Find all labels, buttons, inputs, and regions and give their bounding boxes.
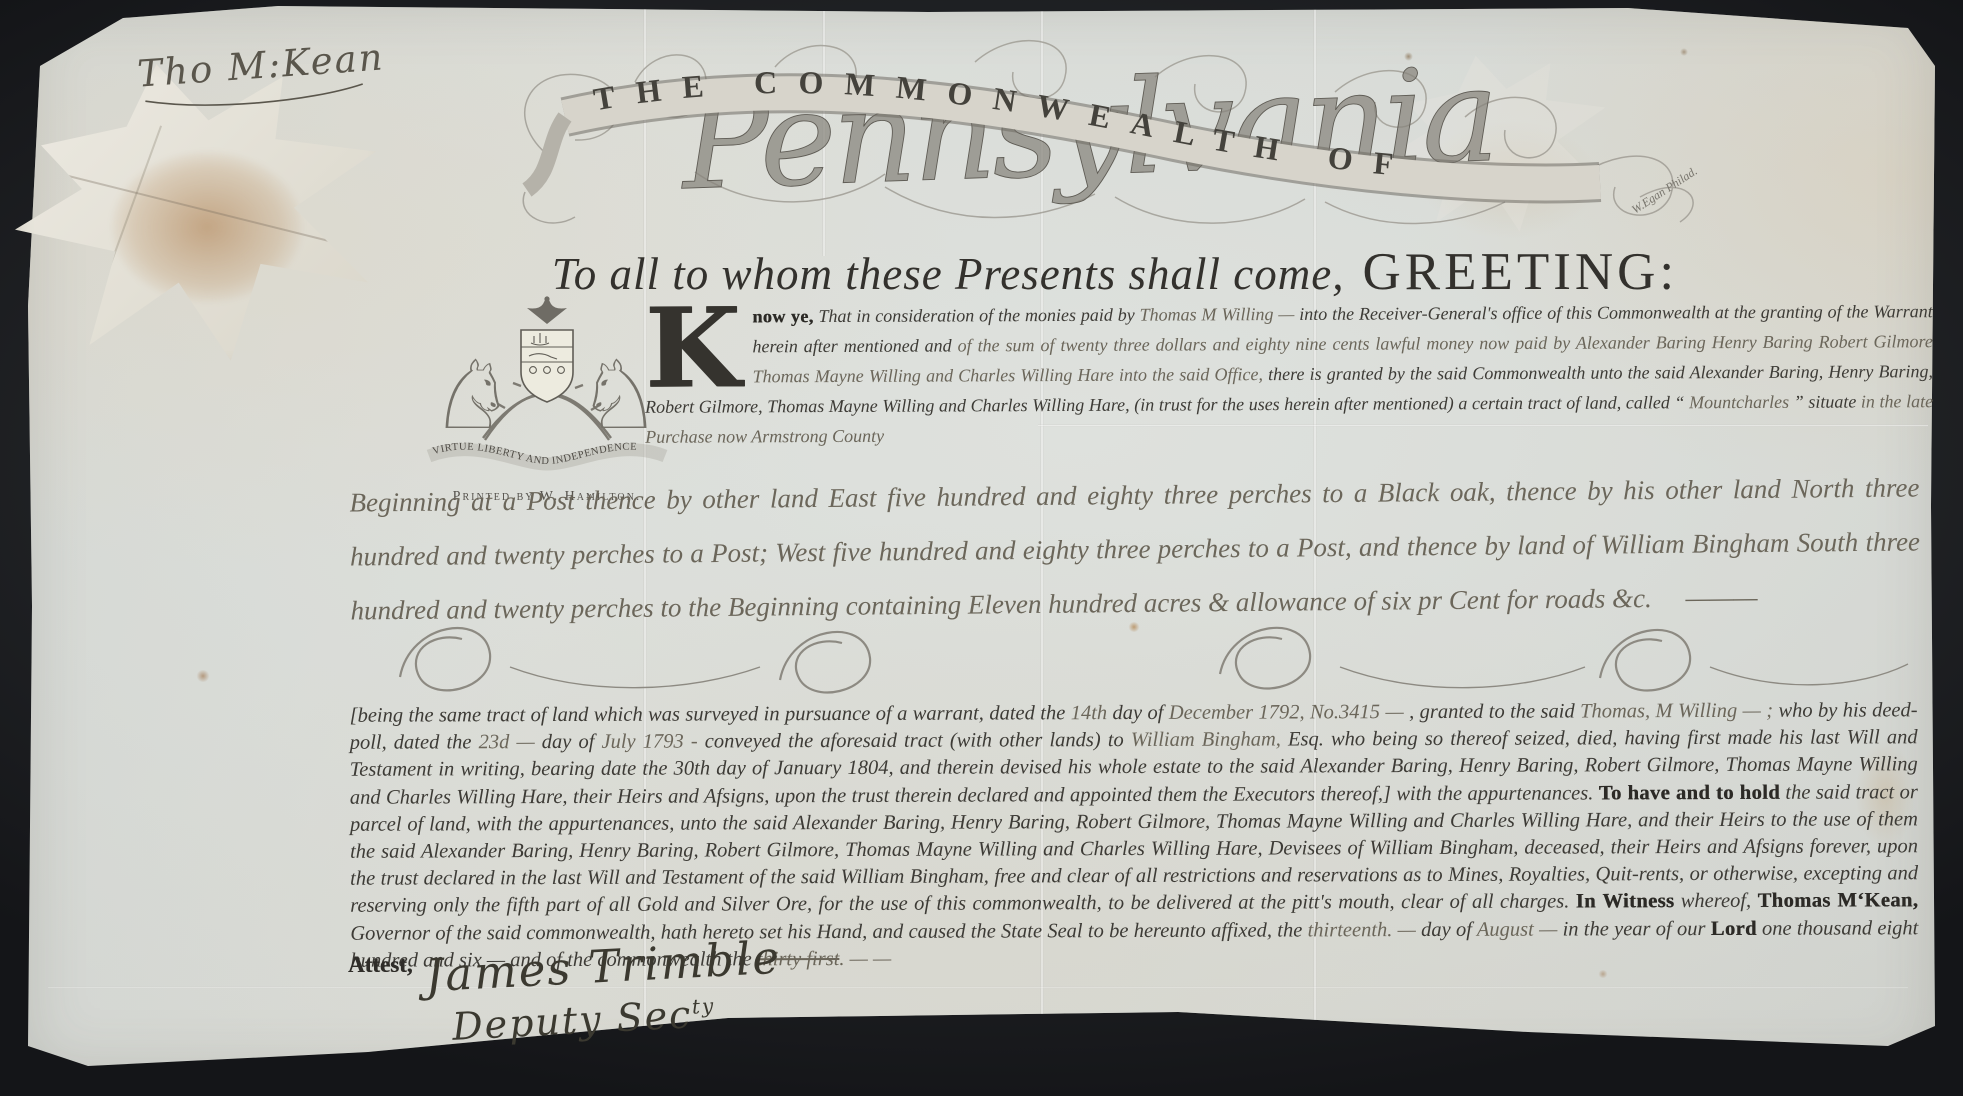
text-segment-ink: 23d — [479, 731, 535, 753]
text-segment-black: In Witness [1576, 891, 1675, 913]
text-segment-ink: December 1792, No.3415 — [1169, 701, 1404, 724]
fold-crease-horizontal [48, 986, 1908, 989]
text-segment-print: whereof, [1674, 890, 1757, 912]
text-segment-print: [being the same tract of land which was … [350, 702, 1071, 727]
text-segment-black: Thomas M‘Kean, [1758, 890, 1919, 913]
coat-of-arms: ♘ ♘ VIRTUE LIBERTY AND INDEPENDENCE [425, 290, 669, 482]
text-segment-print: day of [1107, 702, 1169, 724]
text-segment-black: To have and to hold [1599, 781, 1780, 804]
dropcap-K: K [645, 301, 753, 391]
text-segment-print: conveyed the aforesaid tract (with other… [698, 729, 1131, 753]
horse-left-icon: ♘ [430, 341, 515, 451]
opening-paragraph: Know ye, That in consideration of the mo… [645, 296, 1934, 452]
text-segment-print: Governor of the said commonwealth, hath … [350, 919, 1307, 944]
greeting-text: GREETING: [1362, 243, 1678, 301]
text-segment-ink: Beginning at a Post thence by other land… [349, 472, 1920, 625]
text-segment-ink: Mountcharles [1689, 392, 1789, 412]
engraver-mark: W.Egan Philad. [1629, 164, 1700, 217]
text-segment-ink: . — — [839, 948, 891, 970]
foxing-spot [196, 670, 210, 682]
text-segment-black: Lord [1711, 917, 1757, 939]
text-segment-ink: Thomas, M Willing — ; [1580, 700, 1773, 723]
engraved-header: Pennsylvania THE COMMONWEALTH OF W.Egan … [455, 22, 1725, 242]
text-segment-black: now ye, [752, 306, 813, 326]
text-segment-print: ” situate [1789, 392, 1861, 412]
space-filler-flourishes [360, 612, 1920, 707]
shield [521, 330, 573, 402]
text-segment-print: day of [535, 731, 602, 753]
text-segment-print: , granted to the said [1404, 700, 1580, 723]
land-description-paragraph: Beginning at a Post thence by other land… [349, 460, 1920, 637]
text-segment-print: in the year of our [1563, 918, 1711, 941]
document-photo: Tho M:Kean Pennsylvania [0, 0, 1963, 1096]
banner-ribbon-tail [527, 117, 565, 190]
text-segment-ink: August — [1477, 918, 1563, 940]
text-segment-ink: thirteenth. — [1308, 919, 1422, 941]
foxing-spot [1598, 970, 1608, 978]
text-segment-print: day of [1421, 918, 1477, 940]
habendum-paragraph: [being the same tract of land which was … [350, 697, 1919, 975]
text-segment-ink: 14th [1071, 702, 1108, 724]
attest-label: Attest, [348, 952, 413, 978]
text-segment-ink: Thomas M Willing — [1140, 304, 1295, 325]
eagle-head [544, 296, 549, 301]
text-segment-ink: July 1793 - [601, 731, 697, 753]
text-segment-ink: William Bingham, [1131, 729, 1281, 752]
text-segment-print: That in consideration of the monies paid… [814, 305, 1140, 326]
